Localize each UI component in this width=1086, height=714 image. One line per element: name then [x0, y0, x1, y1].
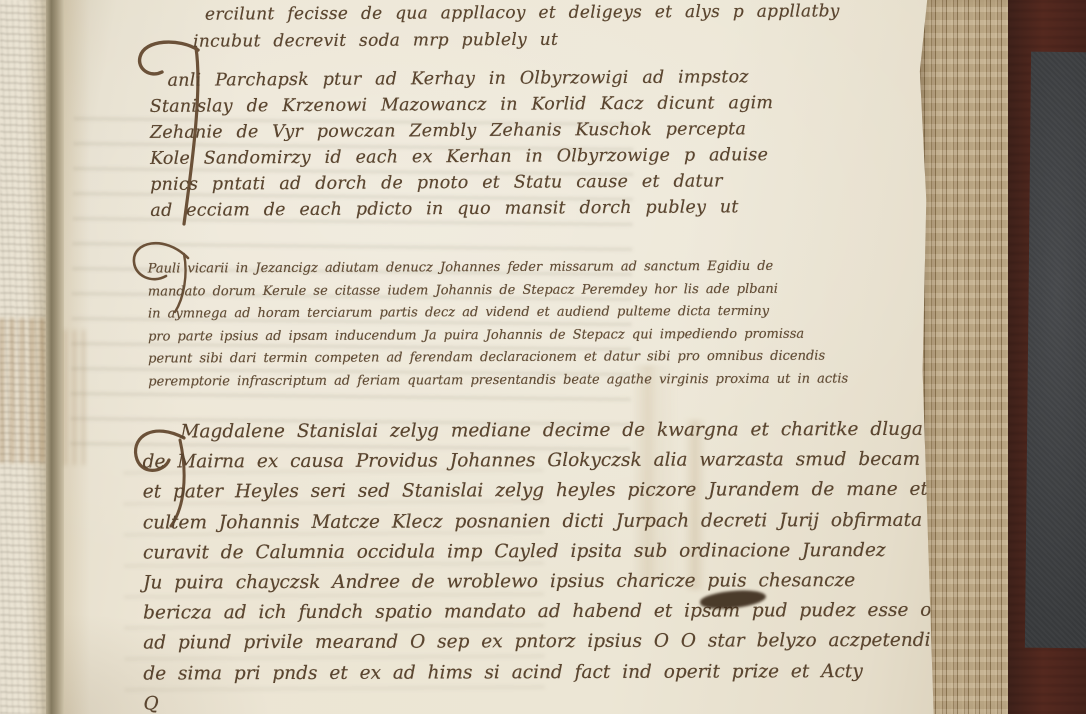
- manuscript-line: Kole Sandomirzy id each ex Kerhan in Olb…: [150, 142, 774, 172]
- manuscript-line: mandato dorum Kerule se citasse iudem Jo…: [148, 278, 848, 304]
- manuscript-line: Pauli vicarii in Jezancigz adiutam denuc…: [148, 255, 848, 281]
- manuscript-line: anli Parchapsk ptur ad Kerhay in Olbyrzo…: [150, 64, 774, 94]
- entry-text-block: ercilunt fecisse de qua appllacoy et del…: [193, 0, 840, 56]
- manuscript-line: ercilunt fecisse de qua appllacoy et del…: [193, 0, 840, 29]
- manuscript-line: Stanislay de Krzenowi Mazowancz in Korli…: [150, 90, 774, 120]
- manuscript-line: perunt sibi dari termin competen ad fere…: [148, 345, 848, 371]
- manuscript-line: de Mairna ex causa Providus Johannes Glo…: [143, 445, 1015, 478]
- manuscript-line: et pater Heyles seri sed Stanislai zelyg…: [143, 475, 1015, 508]
- manuscript-line: incubut decrevit soda mrp publely ut: [193, 25, 840, 55]
- gutter-shadow: [46, 0, 64, 714]
- manuscript-page: ercilunt fecisse de qua appllacoy et del…: [64, 0, 1010, 714]
- manuscript-photo: ercilunt fecisse de qua appllacoy et del…: [0, 0, 1086, 714]
- page-edge-stack: [918, 0, 1010, 714]
- manuscript-line: peremptorie infrascriptum ad feriam quar…: [148, 368, 848, 394]
- manuscript-line: pro parte ipsius ad ipsam inducendum Ja …: [148, 323, 848, 349]
- manuscript-line: cultem Johannis Matcze Klecz posnanien d…: [143, 505, 1015, 538]
- manuscript-line: curavit de Calumnia occidula imp Cayled …: [143, 535, 1015, 568]
- manuscript-line: ad ecciam de each pdicto in quo mansit d…: [150, 194, 774, 224]
- entry-text-block: Magdalene Stanislai zelyg mediane decime…: [142, 414, 1015, 714]
- ghost-letters-spill: [64, 330, 88, 465]
- facing-page-ghost-letters: [0, 318, 46, 463]
- manuscript-line: bericza ad ich fundch spatio mandato ad …: [143, 596, 1015, 629]
- manuscript-line: Magdalene Stanislai zelyg mediane decime…: [142, 414, 1014, 447]
- background-surface: [1025, 52, 1086, 649]
- manuscript-line-partial: Q: [143, 686, 1015, 714]
- manuscript-line: in aymnega ad horam terciarum partis dec…: [148, 300, 848, 326]
- entry-text-block: Pauli vicarii in Jezancigz adiutam denuc…: [148, 255, 849, 393]
- manuscript-line: Ju puira chayczsk Andree de wroblewo ips…: [143, 565, 1015, 598]
- entry-text-block: anli Parchapsk ptur ad Kerhay in Olbyrzo…: [150, 64, 774, 224]
- manuscript-line: pnics pntati ad dorch de pnoto et Statu …: [150, 168, 774, 198]
- facing-page-edge: [0, 0, 46, 714]
- manuscript-line: ad piund privile mearand O sep ex pntorz…: [143, 626, 1015, 659]
- manuscript-line: de sima pri pnds et ex ad hims si acind …: [143, 656, 1015, 689]
- manuscript-line: Zehanie de Vyr powczan Zembly Zehanis Ku…: [150, 116, 774, 146]
